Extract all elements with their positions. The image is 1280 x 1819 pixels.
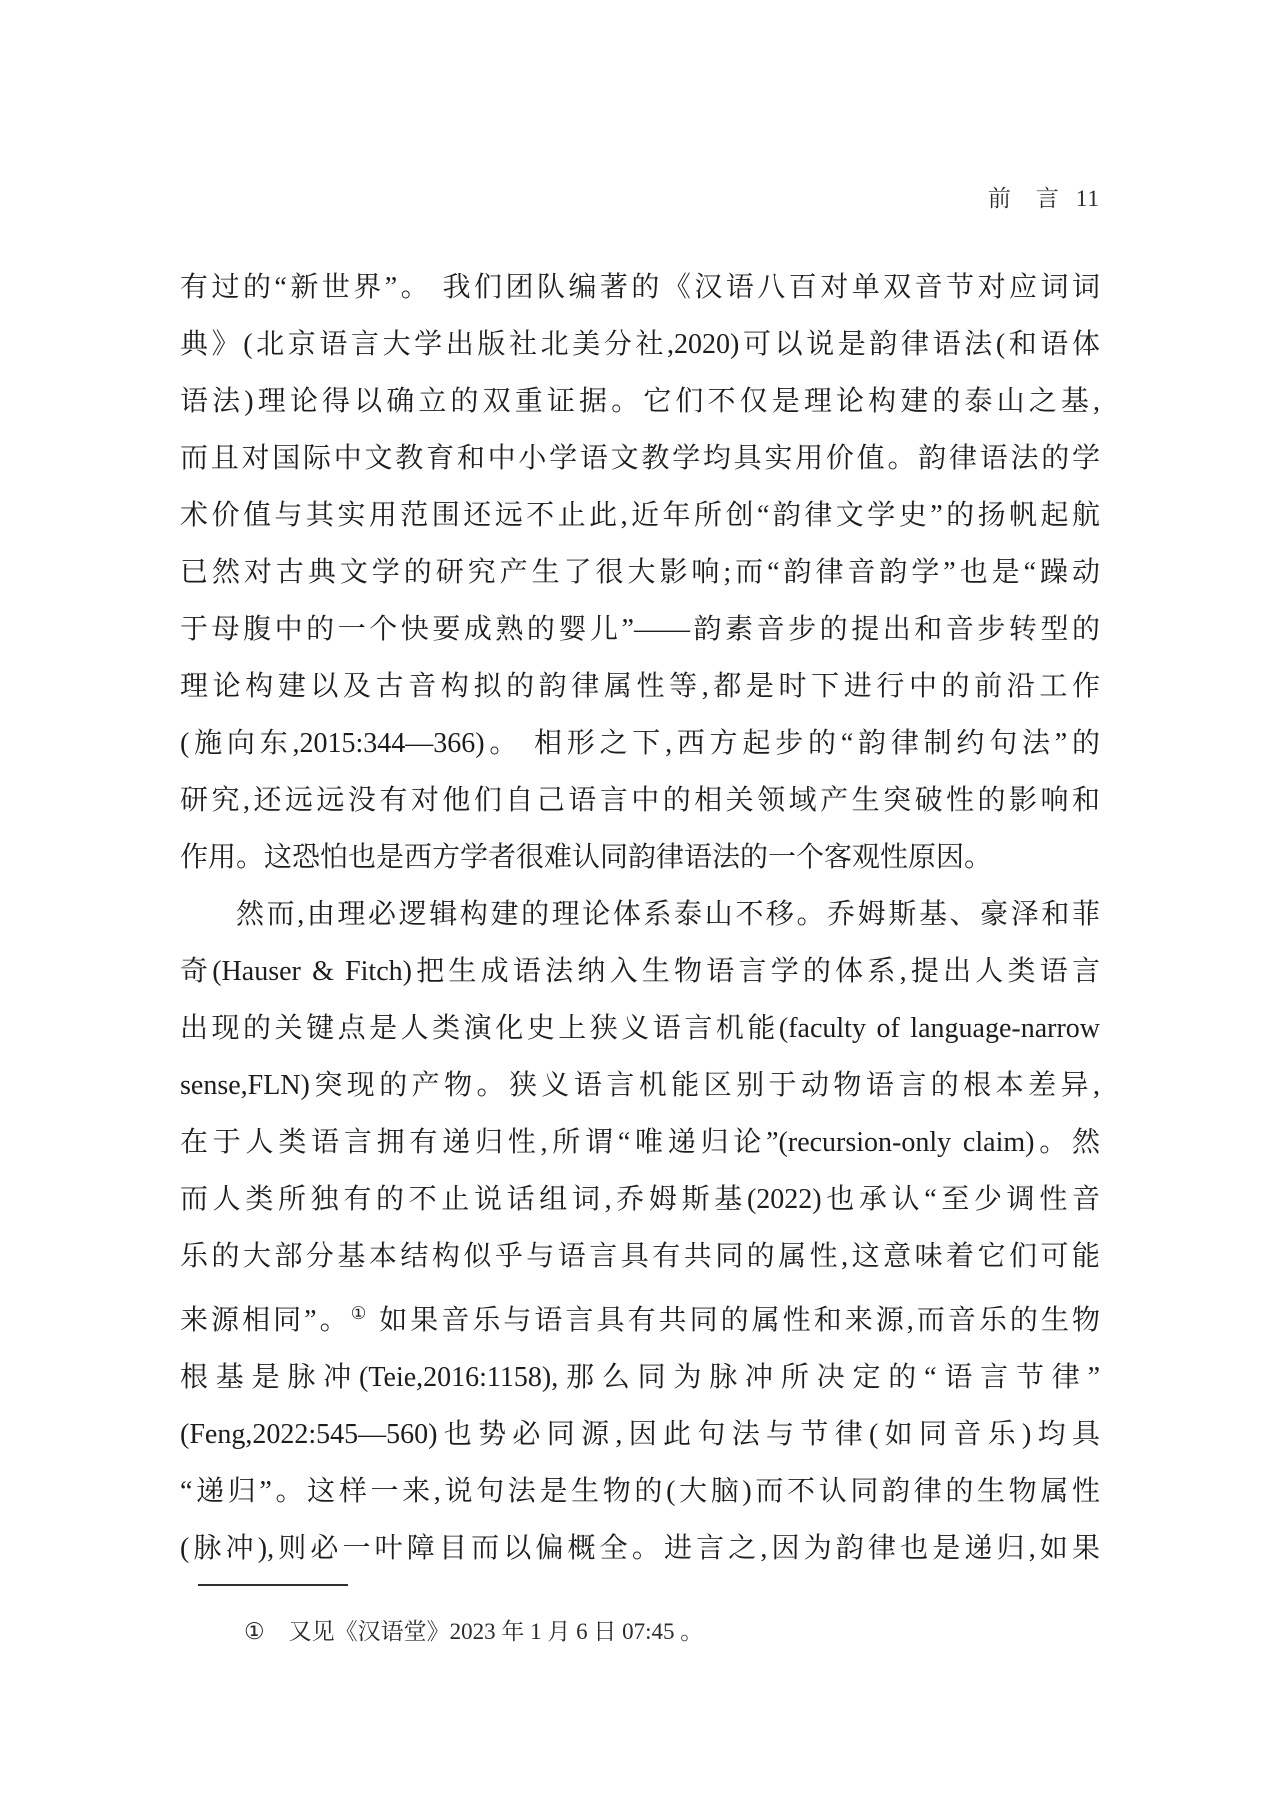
text-line: 有过的“新世界”。 我们团队编著的《汉语八百对单双音节对应词词 bbox=[180, 259, 1100, 316]
text-line: 于母腹中的一个快要成熟的婴儿”——韵素音步的提出和音步转型的 bbox=[180, 601, 1100, 658]
text-line: 来源相同”。① 如果音乐与语言具有共同的属性和来源,而音乐的生物 bbox=[180, 1285, 1100, 1349]
text-line: 理论构建以及古音构拟的韵律属性等,都是时下进行中的前沿工作 bbox=[180, 658, 1100, 715]
text-line: 术价值与其实用范围还远不止此,近年所创“韵律文学史”的扬帆起航 bbox=[180, 487, 1100, 544]
text-segment: 如果音乐与语言具有共同的属性和来源,而音乐的生物 bbox=[369, 1305, 1100, 1336]
text-line: 而且对国际中文教育和中小学语文教学均具实用价值。韵律语法的学 bbox=[180, 430, 1100, 487]
section-title: 前 言 bbox=[988, 180, 1060, 213]
page-header: 前 言 11 bbox=[180, 180, 1100, 213]
text-line: (施向东,2015:344—366)。 相形之下,西方起步的“韵律制约句法”的 bbox=[180, 715, 1100, 772]
text-line: (脉冲),则必一叶障目而以偏概全。进言之,因为韵律也是递归,如果 bbox=[180, 1520, 1100, 1577]
text-line: sense,FLN)突现的产物。狭义语言机能区别于动物语言的根本差异, bbox=[180, 1057, 1100, 1114]
text-line: 而人类所独有的不止说话组词,乔姆斯基(2022)也承认“至少调性音 bbox=[180, 1171, 1100, 1228]
text-line: 作用。这恐怕也是西方学者很难认同韵律语法的一个客观性原因。 bbox=[180, 829, 1100, 886]
footnote-text: 又见《汉语堂》2023 年 1 月 6 日 07:45 。 bbox=[289, 1619, 704, 1644]
text-line: 乐的大部分基本结构似乎与语言具有共同的属性,这意味着它们可能 bbox=[180, 1228, 1100, 1285]
footnote-divider bbox=[198, 1584, 348, 1586]
footnote-marker: ① bbox=[244, 1619, 265, 1644]
text-line: 已然对古典文学的研究产生了很大影响;而“韵律音韵学”也是“躁动 bbox=[180, 544, 1100, 601]
page-number: 11 bbox=[1076, 186, 1100, 212]
text-line: 在于人类语言拥有递归性,所谓“唯递归论”(recursion-only clai… bbox=[180, 1114, 1100, 1171]
text-line: 典》(北京语言大学出版社北美分社,2020)可以说是韵律语法(和语体 bbox=[180, 316, 1100, 373]
text-line: 研究,还远远没有对他们自己语言中的相关领域产生突破性的影响和 bbox=[180, 772, 1100, 829]
footnote: ①又见《汉语堂》2023 年 1 月 6 日 07:45 。 bbox=[180, 1612, 1100, 1652]
text-line: 然而,由理必逻辑构建的理论体系泰山不移。乔姆斯基、豪泽和菲 bbox=[180, 886, 1100, 943]
text-line: (Feng,2022:545—560)也势必同源,因此句法与节律(如同音乐)均具 bbox=[180, 1406, 1100, 1463]
text-line: 出现的关键点是人类演化史上狭义语言机能(faculty of language-… bbox=[180, 1000, 1100, 1057]
text-line: “递归”。这样一来,说句法是生物的(大脑)而不认同韵律的生物属性 bbox=[180, 1463, 1100, 1520]
text-line: 根基是脉冲(Teie,2016:1158),那么同为脉冲所决定的“语言节律” bbox=[180, 1349, 1100, 1406]
footnote-ref-marker: ① bbox=[351, 1304, 370, 1323]
text-segment: 来源相同”。 bbox=[180, 1305, 351, 1336]
book-page: 前 言 11 有过的“新世界”。 我们团队编著的《汉语八百对单双音节对应词词典》… bbox=[0, 0, 1280, 1819]
body-text: 有过的“新世界”。 我们团队编著的《汉语八百对单双音节对应词词典》(北京语言大学… bbox=[180, 259, 1100, 1577]
text-line: 奇(Hauser & Fitch)把生成语法纳入生物语言学的体系,提出人类语言 bbox=[180, 943, 1100, 1000]
text-line: 语法)理论得以确立的双重证据。它们不仅是理论构建的泰山之基, bbox=[180, 373, 1100, 430]
